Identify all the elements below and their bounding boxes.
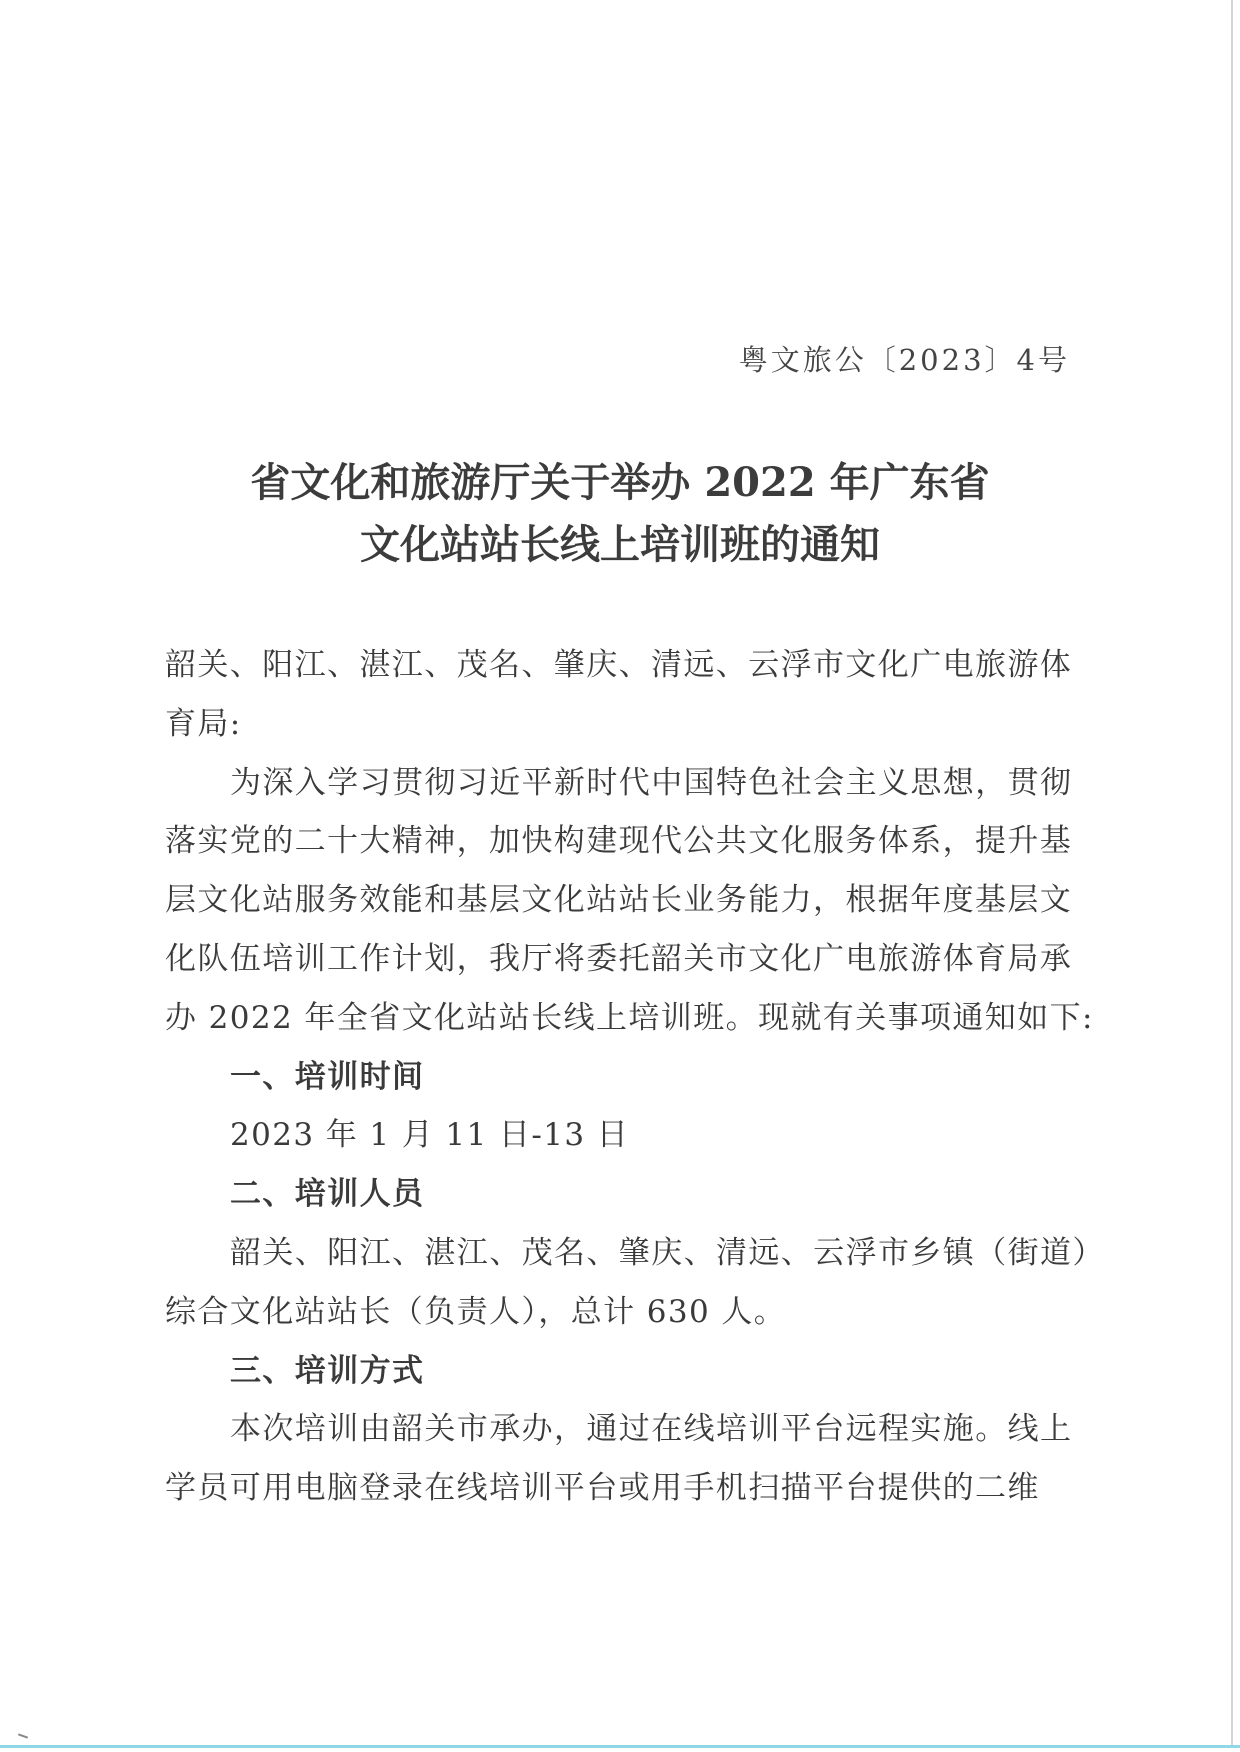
trainees-line: 韶关、阳江、湛江、茂名、肇庆、清远、云浮市乡镇（街道） [165,1224,1075,1283]
scan-mark [18,1733,28,1738]
training-method-line: 学员可用电脑登录在线培训平台或用手机扫描平台提供的二维 [165,1459,1075,1518]
document-number: 粤文旅公〔2023〕4号 [739,340,1070,380]
training-method-line: 本次培训由韶关市承办，通过在线培训平台远程实施。线上 [165,1400,1075,1459]
trainees-line: 综合文化站站长（负责人），总计 630 人。 [165,1283,1075,1342]
section-heading-training-time: 一、培训时间 [165,1048,1075,1107]
page-edge-right [1231,0,1233,1745]
intro-paragraph-line: 落实党的二十大精神，加快构建现代公共文化服务体系，提升基 [165,812,1075,871]
document-body: 韶关、阳江、湛江、茂名、肇庆、清远、云浮市文化广电旅游体 育局: 为深入学习贯彻… [165,636,1075,1518]
section-heading-training-method: 三、培训方式 [165,1342,1075,1401]
training-time-value: 2023 年 1 月 11 日-13 日 [165,1106,1075,1165]
section-heading-trainees: 二、培训人员 [165,1165,1075,1224]
intro-paragraph-line: 办 2022 年全省文化站站长线上培训班。现就有关事项通知如下: [165,989,1075,1048]
intro-paragraph-line: 化队伍培训工作计划，我厅将委托韶关市文化广电旅游体育局承 [165,930,1075,989]
document-title-line-2: 文化站站长线上培训班的通知 [0,514,1240,576]
intro-paragraph-line: 层文化站服务效能和基层文化站站长业务能力，根据年度基层文 [165,871,1075,930]
intro-paragraph-line: 为深入学习贯彻习近平新时代中国特色社会主义思想，贯彻 [165,754,1075,813]
addressee-line: 韶关、阳江、湛江、茂名、肇庆、清远、云浮市文化广电旅游体 [165,636,1075,695]
page-edge-bottom [0,1745,1240,1748]
document-title-line-1: 省文化和旅游厅关于举办 2022 年广东省 [0,452,1240,514]
addressee-line: 育局: [165,695,1075,754]
